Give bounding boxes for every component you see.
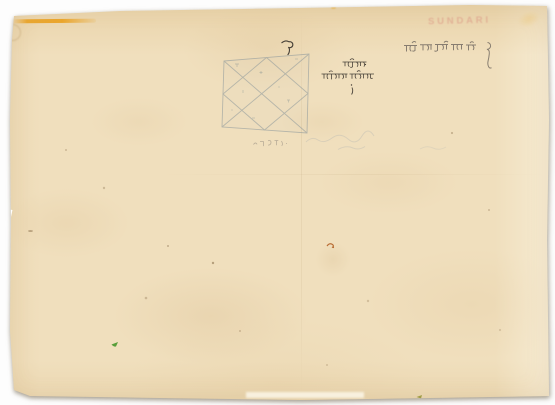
foxing-specks	[28, 132, 501, 366]
rust-spot	[327, 244, 334, 248]
ink-mark-below	[351, 84, 353, 94]
pencil-inscription-top-right	[404, 41, 491, 68]
yellow-dot-stain	[331, 6, 336, 9]
horizontal-crease	[160, 174, 548, 175]
paper-sheet: SUNDARI	[0, 0, 555, 405]
ink-inscription-line-2	[322, 71, 375, 80]
green-pigment-speck	[112, 342, 119, 347]
pencil-number-below-chart	[254, 141, 288, 147]
photograph-of-manuscript-verso: SUNDARI	[0, 0, 555, 405]
blind-stamp-ring	[4, 24, 21, 41]
kundali-chart-diagram	[222, 54, 309, 133]
vertical-crease	[301, 10, 302, 398]
ink-inscription-line-1	[343, 59, 367, 68]
ink-numeral-nine	[282, 41, 293, 55]
inscriptions-overlay	[0, 0, 555, 405]
bottom-edge-abrasion	[246, 392, 364, 398]
olive-speck	[417, 395, 423, 399]
kundali-cell-numerals	[231, 59, 298, 118]
faint-pencil-cursive	[306, 131, 446, 150]
paper-shadow-wrap: SUNDARI	[0, 0, 555, 405]
left-edge-chip	[2, 208, 13, 224]
orange-streak-stain	[12, 19, 96, 24]
